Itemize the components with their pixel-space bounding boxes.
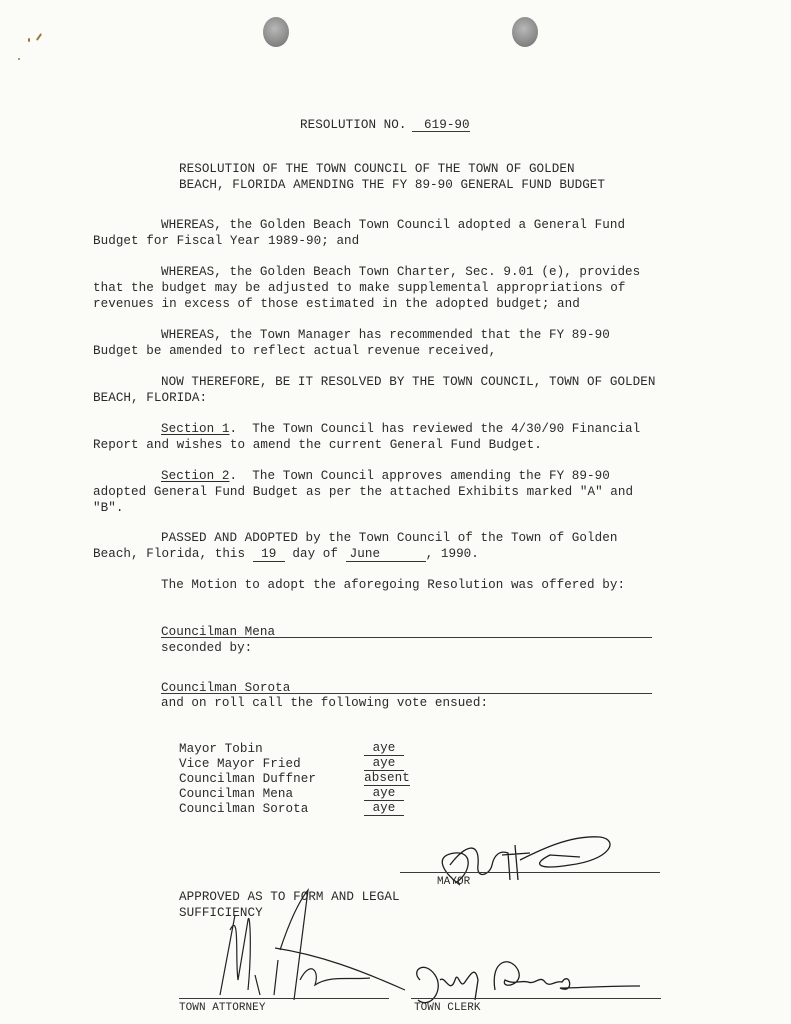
whereas-3-line-2: Budget be amended to reflect actual reve… — [93, 343, 496, 359]
vote-name: Vice Mayor Fried — [179, 756, 301, 772]
section-1-text: . The Town Council has reviewed the 4/30… — [229, 422, 640, 436]
clerk-label: TOWN CLERK — [414, 1000, 481, 1016]
motion-text: The Motion to adopt the aforegoing Resol… — [161, 577, 625, 593]
vote-value: aye — [364, 801, 404, 816]
scan-speck — [36, 33, 42, 41]
resolved-line-2: BEACH, FLORIDA: — [93, 390, 207, 406]
offered-by-line — [161, 637, 652, 638]
resolved-line-1: NOW THEREFORE, BE IT RESOLVED BY THE TOW… — [161, 374, 656, 390]
section-1-line-2: Report and wishes to amend the current G… — [93, 437, 542, 453]
vote-name: Councilman Sorota — [179, 801, 308, 817]
section-2-heading: Section 2 — [161, 469, 229, 483]
title-line-1: RESOLUTION OF THE TOWN COUNCIL OF THE TO… — [179, 161, 575, 177]
title-line-2: BEACH, FLORIDA AMENDING THE FY 89-90 GEN… — [179, 177, 605, 193]
whereas-2-line-2: that the budget may be adjusted to make … — [93, 280, 626, 296]
section-2-line-2: adopted General Fund Budget as per the a… — [93, 484, 633, 500]
mayor-label: MAYOR — [437, 874, 470, 890]
vote-name: Councilman Mena — [179, 786, 293, 802]
document-page: RESOLUTION NO. 619-90 RESOLUTION OF THE … — [0, 0, 791, 1024]
section-2-text: . The Town Council approves amending the… — [229, 469, 609, 483]
section-1-heading: Section 1 — [161, 422, 229, 436]
scan-speck — [28, 38, 30, 42]
vote-value: aye — [364, 756, 404, 771]
passed-line-2: Beach, Florida, this 19 day of June, 199… — [93, 546, 479, 562]
punch-hole-left — [263, 17, 289, 47]
whereas-3-line-1: WHEREAS, the Town Manager has recommende… — [161, 327, 610, 343]
passed-month: June — [346, 547, 426, 562]
passed-suffix: , 1990. — [426, 547, 479, 561]
attorney-signature-line — [179, 998, 389, 999]
passed-mid: day of — [285, 547, 346, 561]
scan-speck — [18, 58, 20, 60]
whereas-2-line-1: WHEREAS, the Golden Beach Town Charter, … — [161, 264, 640, 280]
passed-day: 19 — [253, 547, 285, 562]
attorney-label: TOWN ATTORNEY — [179, 1000, 265, 1016]
resolution-label: RESOLUTION NO. — [300, 117, 407, 133]
vote-value: aye — [364, 741, 404, 756]
vote-value: absent — [364, 771, 410, 786]
whereas-1-line-1: WHEREAS, the Golden Beach Town Council a… — [161, 217, 625, 233]
roll-call-text: and on roll call the following vote ensu… — [161, 695, 488, 711]
section-2-line-3: "B". — [93, 500, 123, 516]
passed-prefix: Beach, Florida, this — [93, 547, 253, 561]
resolution-number-underline — [412, 131, 470, 132]
punch-hole-right — [512, 17, 538, 47]
section-2-line-1: Section 2. The Town Council approves ame… — [161, 468, 610, 484]
clerk-signature-line — [411, 998, 661, 999]
vote-name: Councilman Duffner — [179, 771, 316, 787]
vote-name: Mayor Tobin — [179, 741, 263, 757]
seconded-by-line — [161, 693, 652, 694]
passed-line-1: PASSED AND ADOPTED by the Town Council o… — [161, 530, 617, 546]
vote-value: aye — [364, 786, 404, 801]
section-1-line-1: Section 1. The Town Council has reviewed… — [161, 421, 640, 437]
seconded-label: seconded by: — [161, 640, 252, 656]
whereas-1-line-2: Budget for Fiscal Year 1989-90; and — [93, 233, 359, 249]
whereas-2-line-3: revenues in excess of those estimated in… — [93, 296, 580, 312]
